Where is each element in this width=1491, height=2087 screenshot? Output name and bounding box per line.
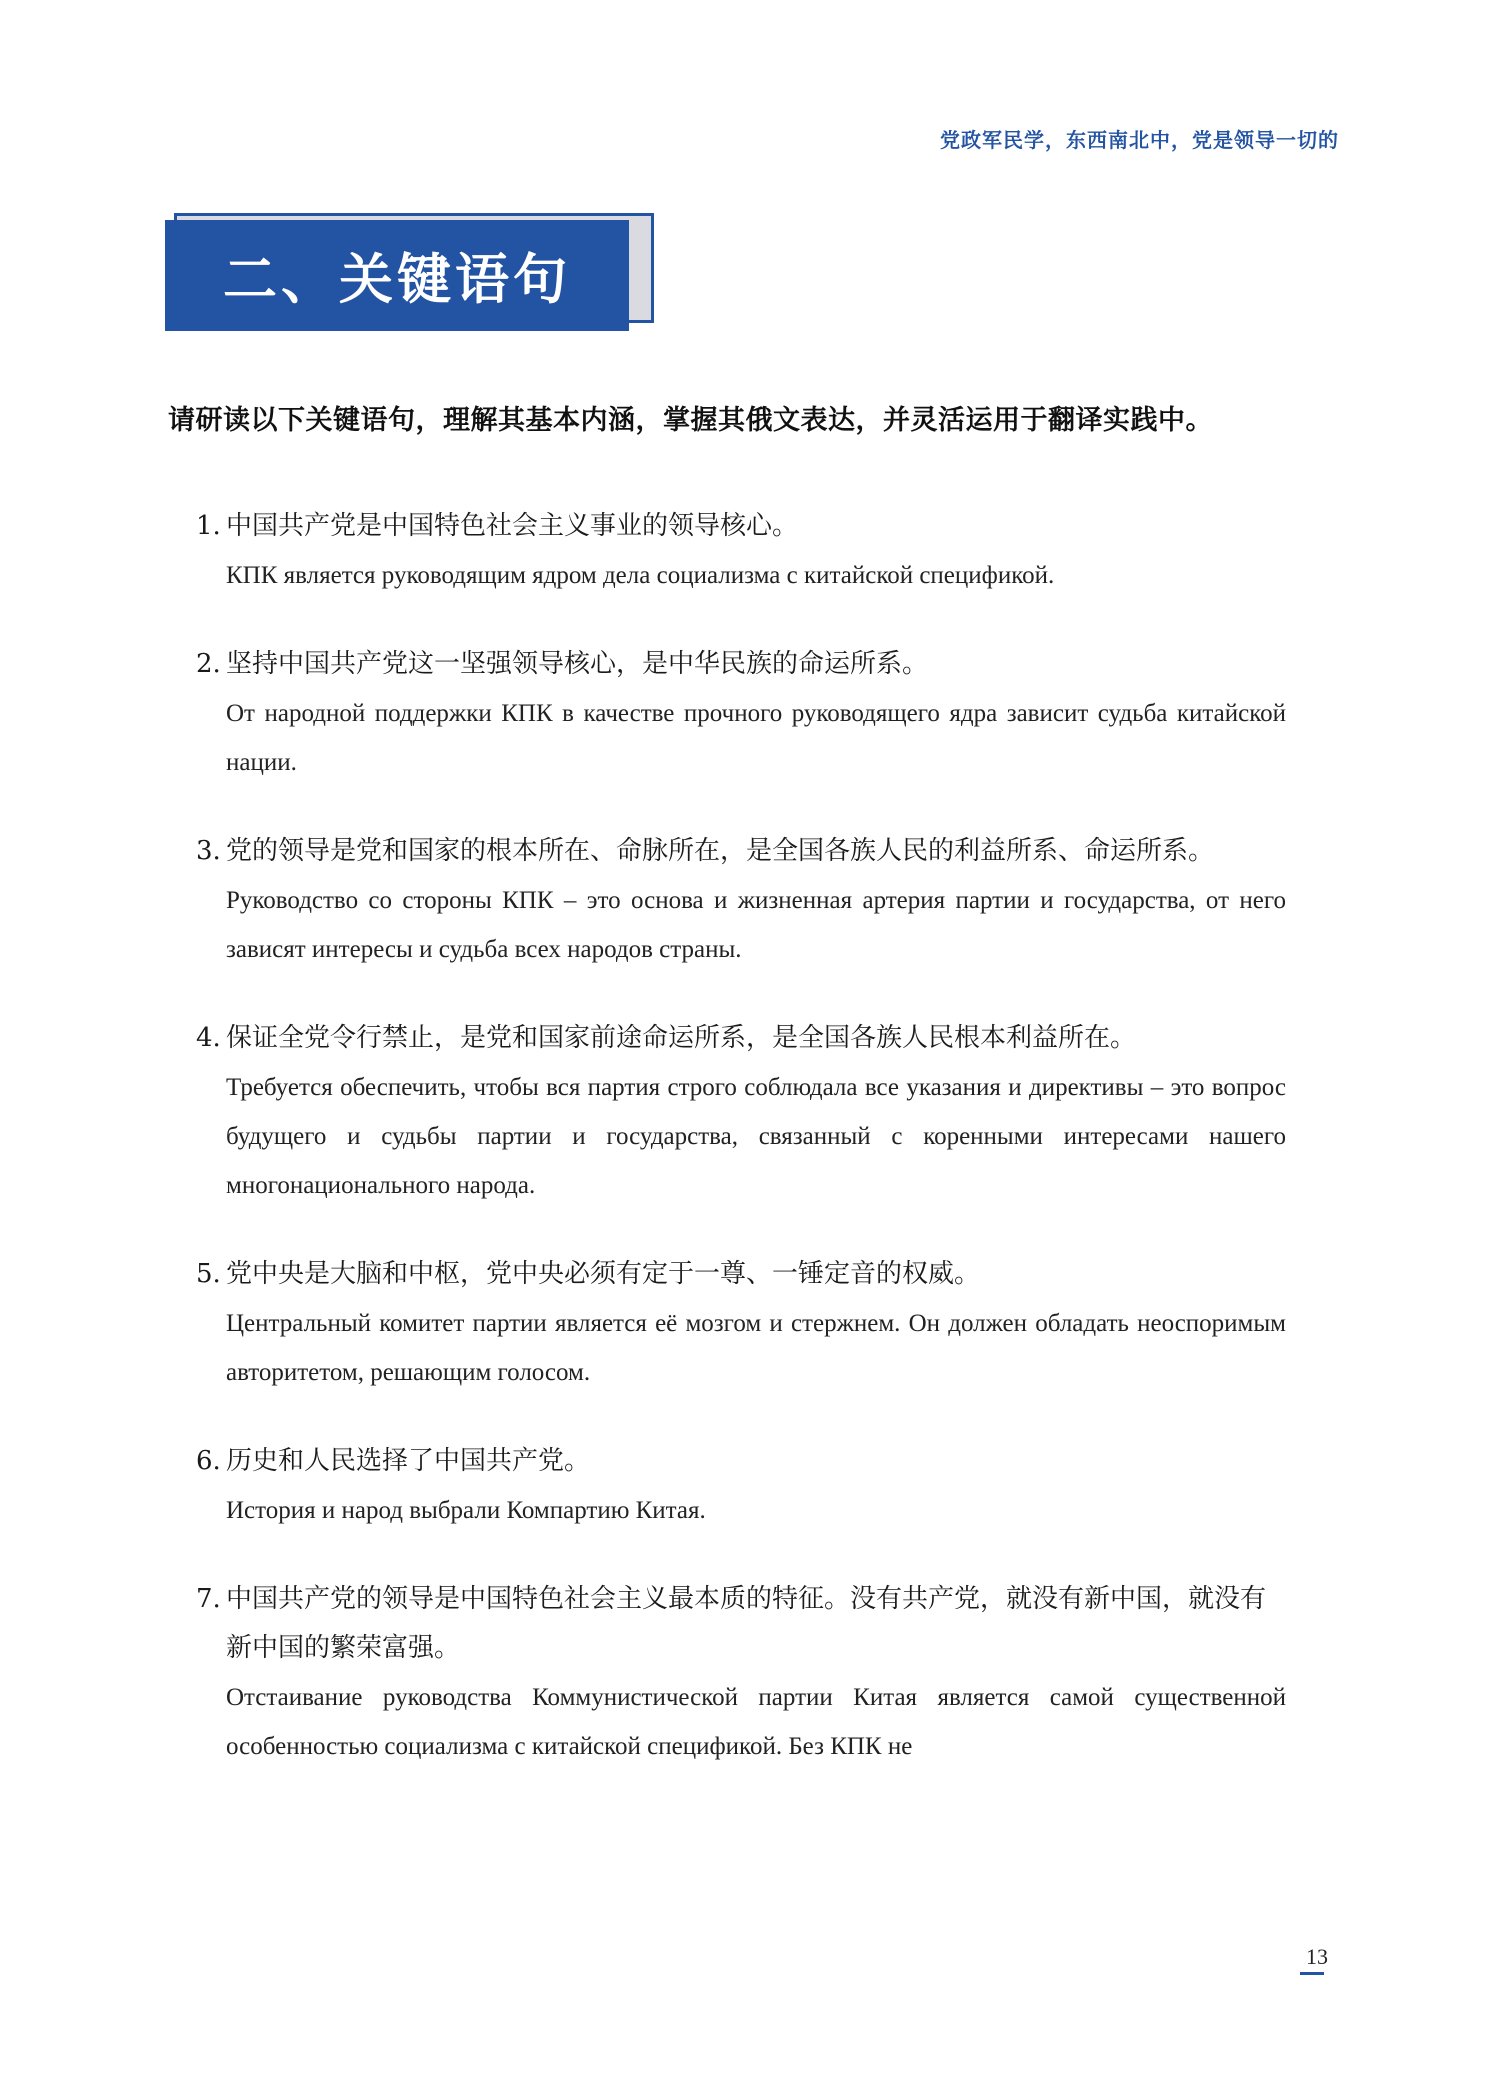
key-sentences-list: 1.中国共产党是中国特色社会主义事业的领导核心。 КПК является ру… bbox=[196, 502, 1286, 1811]
list-item: 5.党中央是大脑和中枢，党中央必须有定于一尊、一锤定音的权威。 Централь… bbox=[196, 1250, 1286, 1397]
chinese-sentence: 中国共产党的领导是中国特色社会主义最本质的特征。没有共产党，就没有新中国，就没有… bbox=[226, 1575, 1286, 1673]
list-item: 4.保证全党令行禁止，是党和国家前途命运所系，是全国各族人民根本利益所在。 Тр… bbox=[196, 1014, 1286, 1210]
page-number-underline bbox=[1300, 1972, 1324, 1975]
item-number: 7. bbox=[196, 1575, 226, 1673]
instruction-text: 请研读以下关键语句，理解其基本内涵，掌握其俄文表达，并灵活运用于翻译实践中。 bbox=[168, 398, 1213, 437]
list-item: 6.历史和人民选择了中国共产党。 История и народ выбрали… bbox=[196, 1437, 1286, 1535]
item-number: 5. bbox=[196, 1250, 226, 1299]
russian-translation: Требуется обеспечить, чтобы вся партия с… bbox=[196, 1063, 1286, 1210]
page-number: 13 bbox=[1306, 1944, 1328, 1970]
section-title-banner: 二、关键语句 bbox=[165, 220, 629, 331]
chinese-sentence: 党的领导是党和国家的根本所在、命脉所在，是全国各族人民的利益所系、命运所系。 bbox=[226, 827, 1286, 876]
russian-translation: КПК является руководящим ядром дела соци… bbox=[196, 551, 1286, 600]
section-title-box: 二、关键语句 bbox=[165, 213, 655, 331]
russian-translation: От народной поддержки КПК в качестве про… bbox=[196, 689, 1286, 787]
item-number: 6. bbox=[196, 1437, 226, 1486]
item-number: 2. bbox=[196, 640, 226, 689]
russian-translation: Отстаивание руководства Коммунистической… bbox=[196, 1673, 1286, 1771]
chinese-sentence: 党中央是大脑和中枢，党中央必须有定于一尊、一锤定音的权威。 bbox=[226, 1250, 1286, 1299]
russian-translation: Руководство со стороны КПК – это основа … bbox=[196, 876, 1286, 974]
russian-translation: Центральный комитет партии является её м… bbox=[196, 1299, 1286, 1397]
running-header: 党政军民学，东西南北中，党是领导一切的 bbox=[940, 124, 1339, 153]
chinese-sentence: 保证全党令行禁止，是党和国家前途命运所系，是全国各族人民根本利益所在。 bbox=[226, 1014, 1286, 1063]
list-item: 1.中国共产党是中国特色社会主义事业的领导核心。 КПК является ру… bbox=[196, 502, 1286, 600]
item-number: 1. bbox=[196, 502, 226, 551]
russian-translation: История и народ выбрали Компартию Китая. bbox=[196, 1486, 1286, 1535]
item-number: 4. bbox=[196, 1014, 226, 1063]
chinese-sentence: 坚持中国共产党这一坚强领导核心，是中华民族的命运所系。 bbox=[226, 640, 1286, 689]
item-number: 3. bbox=[196, 827, 226, 876]
list-item: 3.党的领导是党和国家的根本所在、命脉所在，是全国各族人民的利益所系、命运所系。… bbox=[196, 827, 1286, 974]
chinese-sentence: 历史和人民选择了中国共产党。 bbox=[226, 1437, 1286, 1486]
list-item: 2.坚持中国共产党这一坚强领导核心，是中华民族的命运所系。 От народно… bbox=[196, 640, 1286, 787]
chinese-sentence: 中国共产党是中国特色社会主义事业的领导核心。 bbox=[226, 502, 1286, 551]
list-item: 7.中国共产党的领导是中国特色社会主义最本质的特征。没有共产党，就没有新中国，就… bbox=[196, 1575, 1286, 1771]
section-title: 二、关键语句 bbox=[223, 237, 571, 314]
